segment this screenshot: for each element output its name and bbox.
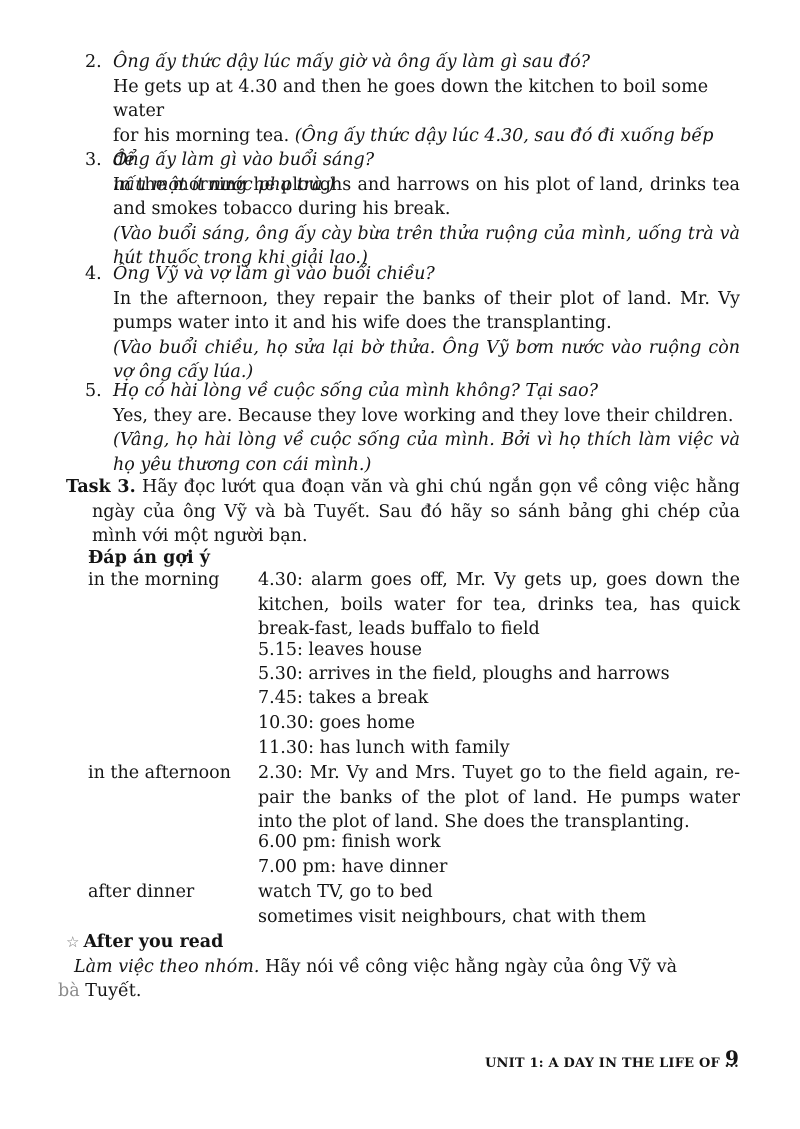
schedule-entry: 2.30: Mr. Vy and Mrs. Tuyet go to the fi… <box>258 761 740 835</box>
schedule-entry: 11.30: has lunch with family <box>258 736 740 761</box>
question-number: 4. <box>85 262 102 287</box>
answer-text: In the morning he ploughs and harrows on… <box>113 173 740 222</box>
schedule-entry: 5.30: arrives in the field, ploughs and … <box>258 662 740 687</box>
activity-type: Làm việc theo nhóm. <box>74 957 259 977</box>
question-4: 4. Ông Vỹ và vợ làm gì vào buổi chiều? I… <box>85 262 740 385</box>
schedule-entry: 10.30: goes home <box>258 711 740 736</box>
star-icon: ☆ <box>66 933 79 951</box>
schedule-entry: watch TV, go to bed <box>258 880 740 905</box>
question-text: Họ có hài lòng về cuộc sống của mình khô… <box>113 379 740 404</box>
faded-word: bà <box>58 981 80 1001</box>
schedule-row: 5.15: leaves house <box>88 638 740 663</box>
time-of-day-label: in the afternoon <box>88 761 253 786</box>
task-instructions: Hãy đọc lướt qua đoạn văn và ghi chú ngắ… <box>92 477 740 546</box>
question-number: 2. <box>85 50 102 75</box>
activity-text: Hãy nói về công việc hằng ngày của ông V… <box>259 957 677 977</box>
schedule-entry: 4.30: alarm goes off, Mr. Vy gets up, go… <box>258 568 740 642</box>
schedule-row: in the afternoon 2.30: Mr. Vy and Mrs. T… <box>88 761 740 835</box>
schedule-entry: 6.00 pm: finish work <box>258 830 740 855</box>
schedule-entry: 7.45: takes a break <box>258 686 740 711</box>
answer-text: Yes, they are. Because they love working… <box>113 404 740 429</box>
question-number: 3. <box>85 148 102 173</box>
schedule-row: 11.30: has lunch with family <box>88 736 740 761</box>
question-text: Ông ấy làm gì vào buổi sáng? <box>113 148 740 173</box>
task-label: Task 3. <box>66 477 136 497</box>
answer-line: for his morning tea. <box>113 126 295 146</box>
activity-text-end: Tuyết. <box>80 981 142 1001</box>
question-text: Ông Vỹ và vợ làm gì vào buổi chiều? <box>113 262 740 287</box>
schedule-row: sometimes visit neighbours, chat with th… <box>88 905 740 930</box>
answer-line: He gets up at 4.30 and then he goes down… <box>113 75 740 124</box>
time-of-day-label: after dinner <box>88 880 253 905</box>
answer-heading: Đáp án gợi ý <box>88 546 210 571</box>
page-number: 9 <box>725 1046 739 1071</box>
question-3: 3. Ông ấy làm gì vào buổi sáng? In the m… <box>85 148 740 271</box>
schedule-row: after dinner watch TV, go to bed <box>88 880 740 905</box>
question-text: Ông ấy thức dậy lúc mấy giờ và ông ấy là… <box>113 50 740 75</box>
schedule-row: 5.30: arrives in the field, ploughs and … <box>88 662 740 687</box>
translation-text: (Vào buổi chiều, họ sửa lại bờ thửa. Ông… <box>113 336 740 385</box>
task-3: Task 3. Hãy đọc lướt qua đoạn văn và ghi… <box>66 475 740 549</box>
running-head: UNIT 1: A DAY IN THE LIFE OF ... <box>485 1052 739 1077</box>
schedule-row: in the morning 4.30: alarm goes off, Mr.… <box>88 568 740 642</box>
textbook-page: 2. Ông ấy thức dậy lúc mấy giờ và ông ấy… <box>0 0 800 1129</box>
schedule-row: 10.30: goes home <box>88 711 740 736</box>
schedule-entry: sometimes visit neighbours, chat with th… <box>258 905 740 930</box>
schedule-row: 7.00 pm: have dinner <box>88 855 740 880</box>
translation-text: (Vâng, họ hài lòng về cuộc sống của mình… <box>113 428 740 477</box>
schedule-entry: 5.15: leaves house <box>258 638 740 663</box>
time-of-day-label: in the morning <box>88 568 253 593</box>
question-number: 5. <box>85 379 102 404</box>
answer-text: In the afternoon, they repair the banks … <box>113 287 740 336</box>
after-you-read-section: ☆After you read Làm việc theo nhóm. Hãy … <box>66 930 740 1004</box>
question-5: 5. Họ có hài lòng về cuộc sống của mình … <box>85 379 740 477</box>
schedule-row: 6.00 pm: finish work <box>88 830 740 855</box>
section-heading: After you read <box>83 932 223 952</box>
schedule-entry: 7.00 pm: have dinner <box>258 855 740 880</box>
schedule-row: 7.45: takes a break <box>88 686 740 711</box>
